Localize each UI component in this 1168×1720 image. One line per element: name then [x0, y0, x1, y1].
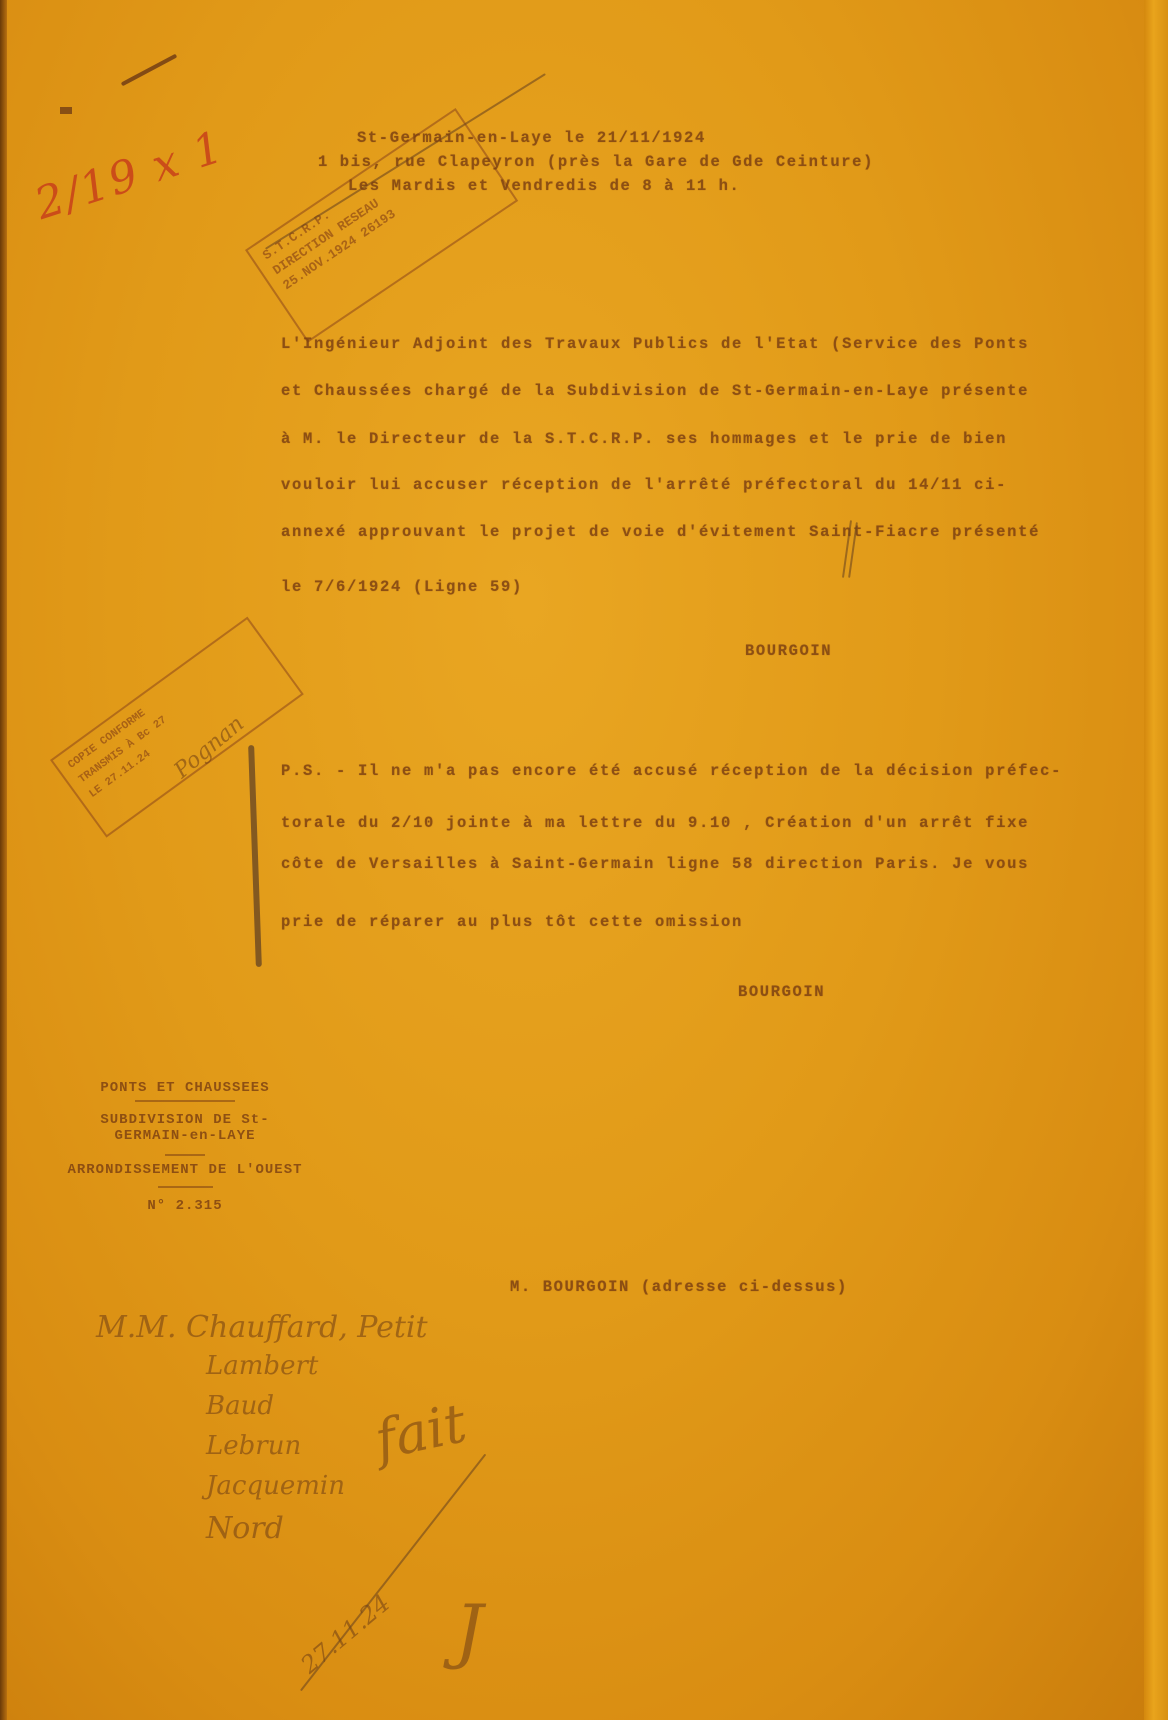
handwritten-note: Lambert — [206, 1351, 538, 1381]
body-line: et Chaussées chargé de la Subdivision de… — [281, 382, 1029, 400]
ps-line: côte de Versailles à Saint-Germain ligne… — [281, 855, 1029, 873]
handwritten-initial: J — [455, 1590, 483, 1672]
body-line: vouloir lui accuser réception de l'arrêt… — [281, 476, 1007, 494]
recipient-line: M. BOURGOIN (adresse ci-dessus) — [510, 1278, 848, 1296]
pencil-margin-bracket — [248, 745, 262, 967]
top-left-dash-mark — [121, 54, 178, 87]
page-left-edge — [0, 0, 7, 1720]
divider — [158, 1186, 213, 1188]
top-left-dot-mark — [60, 107, 72, 114]
sender-subdivision-cont: GERMAIN-en-LAYE — [60, 1128, 310, 1144]
body-line: L'Ingénieur Adjoint des Travaux Publics … — [281, 335, 1029, 353]
signature-typed: BOURGOIN — [745, 642, 832, 660]
handwritten-note: Lebrun — [206, 1431, 538, 1461]
red-reference-note: 2/19 x 1 — [29, 121, 231, 230]
sender-block: PONTS ET CHAUSSEES SUBDIVISION DE St- GE… — [60, 1080, 310, 1214]
letter-address: 1 bis, rue Clapeyron (près la Gare de Gd… — [318, 153, 874, 171]
ps-line: P.S. - Il ne m'a pas encore été accusé r… — [281, 762, 1062, 780]
body-line: annexé approuvant le projet de voie d'év… — [281, 523, 1040, 541]
ps-signature-typed: BOURGOIN — [738, 983, 825, 1001]
handwritten-note: Nord — [206, 1511, 538, 1546]
body-line: à M. le Directeur de la S.T.C.R.P. ses h… — [281, 430, 1007, 448]
sender-number: N° 2.315 — [60, 1198, 310, 1214]
sender-dept: PONTS ET CHAUSSEES — [60, 1080, 310, 1096]
body-line: le 7/6/1924 (Ligne 59) — [281, 578, 523, 596]
document-page: 2/19 x 1 S.T.C.R.P. DIRECTION RESEAU 25.… — [0, 0, 1168, 1720]
handwritten-note: M.M. Chauffard, Petit — [96, 1310, 428, 1345]
page-right-edge — [1144, 0, 1168, 1720]
sender-arrondissement: ARRONDISSEMENT DE L'OUEST — [60, 1162, 310, 1178]
handwritten-note: Jacquemin — [206, 1471, 538, 1501]
divider — [135, 1100, 235, 1102]
copy-conform-stamp: COPIE CONFORME TRANSMIS À Bc 27 LE 27.11… — [50, 617, 304, 838]
ps-line: prie de réparer au plus tôt cette omissi… — [281, 913, 743, 931]
letter-office-hours: Les Mardis et Vendredis de 8 à 11 h. — [348, 177, 740, 195]
letter-place-date: St-Germain-en-Laye le 21/11/1924 — [357, 129, 706, 147]
sender-subdivision: SUBDIVISION DE St- — [60, 1112, 310, 1128]
divider — [165, 1154, 205, 1156]
ps-line: torale du 2/10 jointe à ma lettre du 9.1… — [281, 814, 1029, 832]
